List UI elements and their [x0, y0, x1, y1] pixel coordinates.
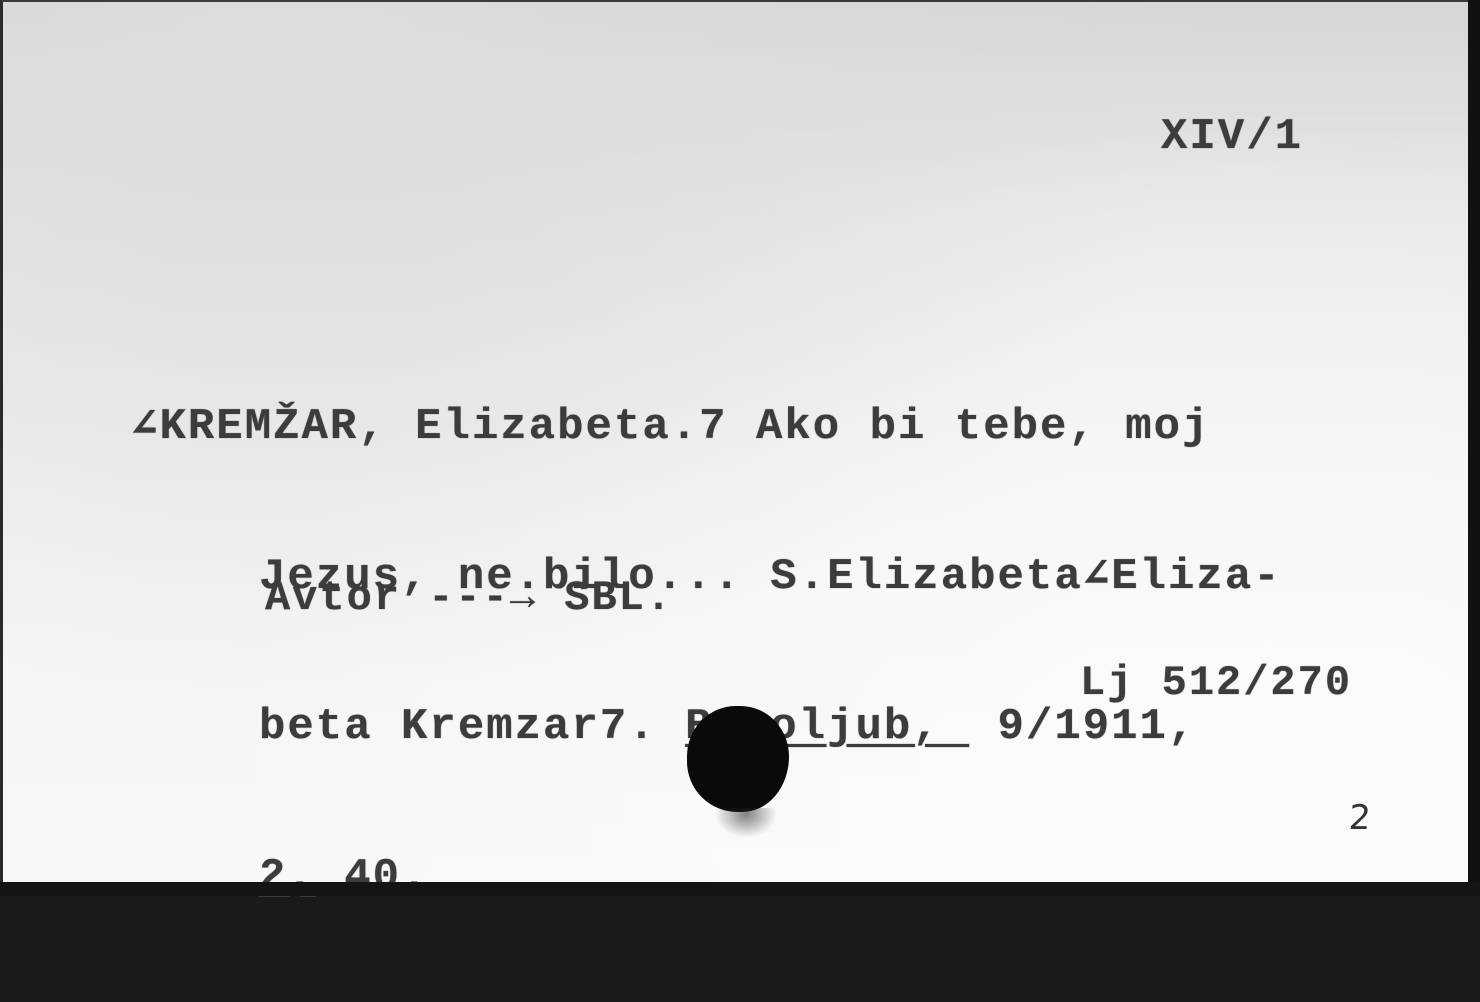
author-reference: Avtor ---→ SBL. [265, 574, 673, 622]
scan-border-bottom [0, 882, 1480, 896]
scan-border-right [1468, 0, 1480, 896]
catalog-card: XIV/1 ∠KREMŽAR, Elizabeta.7 Ako bi tebe,… [0, 0, 1468, 882]
entry-line-3-prefix: beta Kremzar7. [259, 702, 685, 752]
issue-year: 9/1911, [969, 702, 1196, 752]
handwritten-note: 2 [1348, 798, 1372, 838]
punch-hole-tear [715, 808, 777, 838]
shelfmark: XIV/1 [1161, 112, 1303, 162]
punch-hole [687, 706, 789, 812]
call-number: Lj 512/270 [1080, 659, 1352, 707]
entry-line-1: ∠KREMŽAR, Elizabeta.7 Ako bi tebe, moj [131, 402, 1282, 452]
